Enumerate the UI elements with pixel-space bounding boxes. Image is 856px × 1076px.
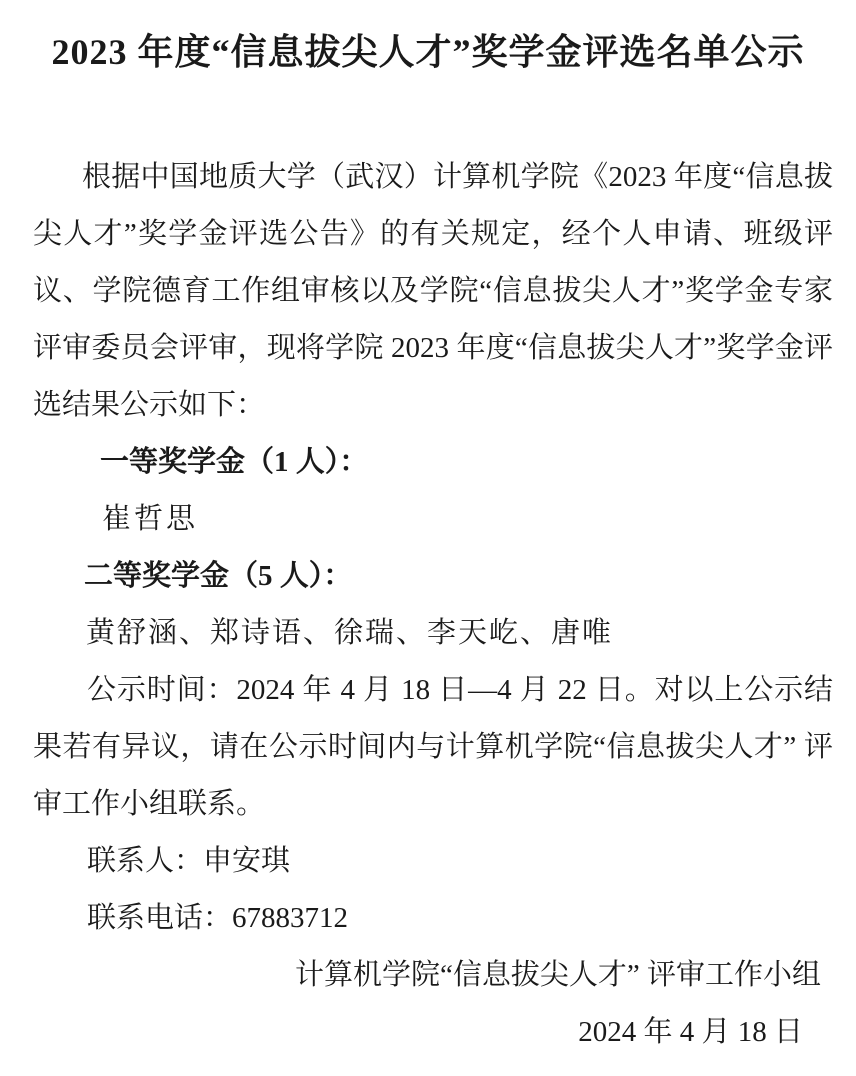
second-prize-names: 黄舒涵、郑诗语、徐瑞、李天屹、唐唯 [33, 605, 833, 662]
second-prize-heading: 二等奖学金（5 人）： [33, 548, 833, 605]
date-line: 2024 年 4 月 18 日 [33, 1004, 833, 1061]
contact-person-line: 联系人：申安琪 [33, 833, 833, 890]
first-prize-heading: 一等奖学金（1 人）： [33, 434, 833, 491]
intro-paragraph: 根据中国地质大学（武汉）计算机学院《2023 年度“信息拔尖人才”奖学金评选公告… [33, 149, 833, 434]
first-prize-names: 崔哲思 [33, 491, 833, 548]
signature-line: 计算机学院“信息拔尖人才” 评审工作小组 [33, 947, 833, 1004]
document-body: 根据中国地质大学（武汉）计算机学院《2023 年度“信息拔尖人才”奖学金评选公告… [33, 149, 833, 1061]
announcement-document: 2023 年度“信息拔尖人才”奖学金评选名单公示 根据中国地质大学（武汉）计算机… [0, 0, 856, 1076]
document-title: 2023 年度“信息拔尖人才”奖学金评选名单公示 [0, 0, 856, 75]
contact-phone-line: 联系电话：67883712 [33, 890, 833, 947]
publicity-notice-paragraph: 公示时间：2024 年 4 月 18 日—4 月 22 日。对以上公示结果若有异… [33, 662, 833, 833]
